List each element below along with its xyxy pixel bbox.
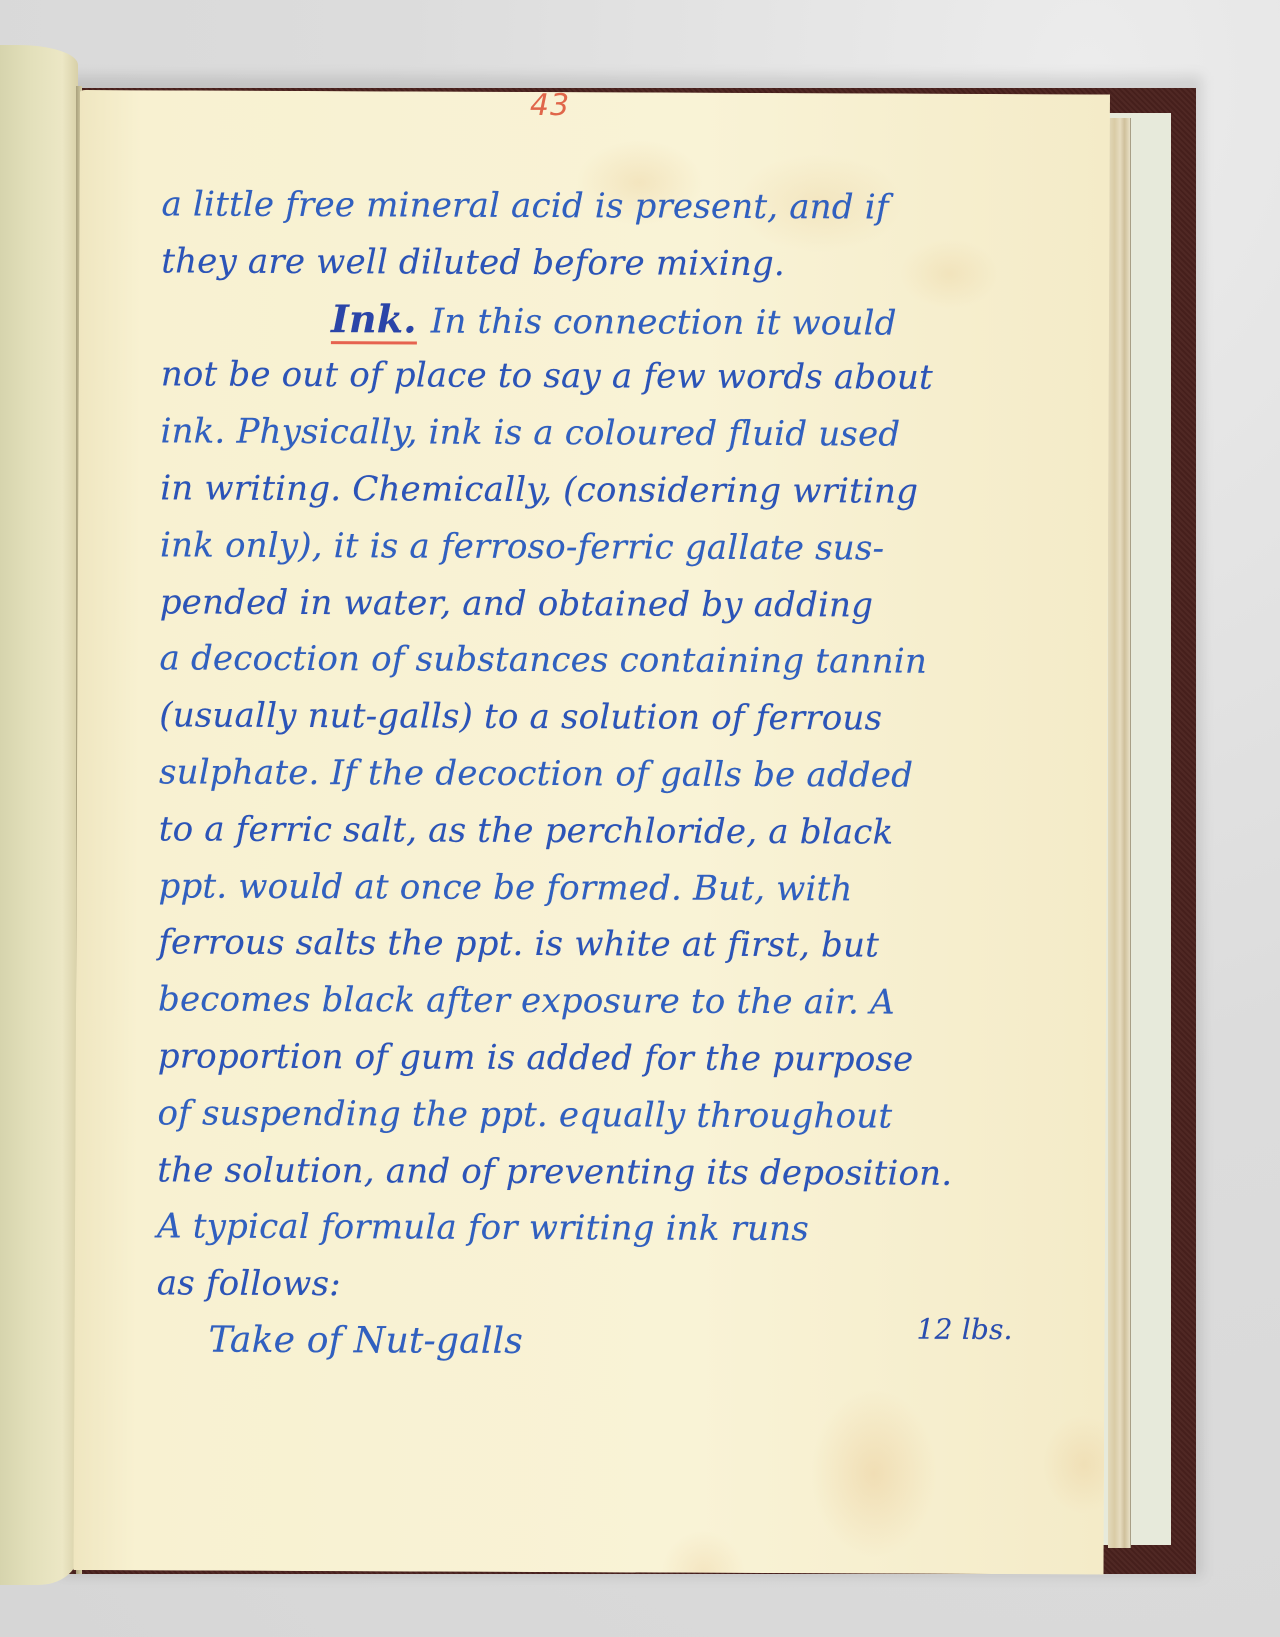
manuscript-page: 43 a little free mineral acid is present…	[74, 90, 1110, 1574]
text-line: in writing. Chemically, (considering wri…	[160, 460, 1040, 521]
text-line: not be out of place to say a few words a…	[161, 347, 1041, 408]
text-line: to a ferric salt, as the perchloride, a …	[159, 801, 1039, 862]
formula-line: Take of Nut-galls 12 lbs.	[156, 1312, 1036, 1373]
text-line: In this connection it would	[431, 301, 897, 343]
text-line: of suspending the ppt. equally throughou…	[157, 1085, 1037, 1146]
text-line: they are well diluted before mixing.	[161, 233, 1041, 294]
text-line: proportion of gum is added for the purpo…	[158, 1028, 1038, 1089]
text-line: ppt. would at once be formed. But, with	[158, 858, 1038, 919]
text-line: ink. Physically, ink is a coloured fluid…	[160, 404, 1040, 465]
text-line: the solution, and of preventing its depo…	[157, 1142, 1037, 1203]
text-line: ferrous salts the ppt. is white at first…	[158, 915, 1038, 976]
text-line: pended in water, and obtained by adding	[160, 574, 1040, 635]
text-line: A typical formula for writing ink runs	[157, 1199, 1037, 1260]
handwritten-text: a little free mineral acid is present, a…	[156, 176, 1041, 1373]
text-line: sulphate. If the decoction of galls be a…	[159, 744, 1039, 805]
section-heading: Ink.	[331, 296, 417, 344]
text-line: becomes black after exposure to the air.…	[158, 972, 1038, 1033]
page-number: 43	[530, 88, 570, 123]
text-line: ink only), it is a ferroso-ferric gallat…	[160, 517, 1040, 578]
formula-quantity: 12 lbs.	[916, 1302, 1012, 1359]
text-line: (usually nut-galls) to a solution of fer…	[159, 688, 1039, 749]
text-line: a little free mineral acid is present, a…	[161, 176, 1041, 237]
text-line: a decoction of substances containing tan…	[159, 631, 1039, 692]
page-stack-edge	[1108, 118, 1131, 1548]
heading-line: Ink.In this connection it would	[161, 290, 1041, 351]
left-page	[0, 45, 78, 1585]
text-line: as follows:	[157, 1255, 1037, 1316]
formula-item: Take of Nut-galls	[208, 1320, 523, 1362]
